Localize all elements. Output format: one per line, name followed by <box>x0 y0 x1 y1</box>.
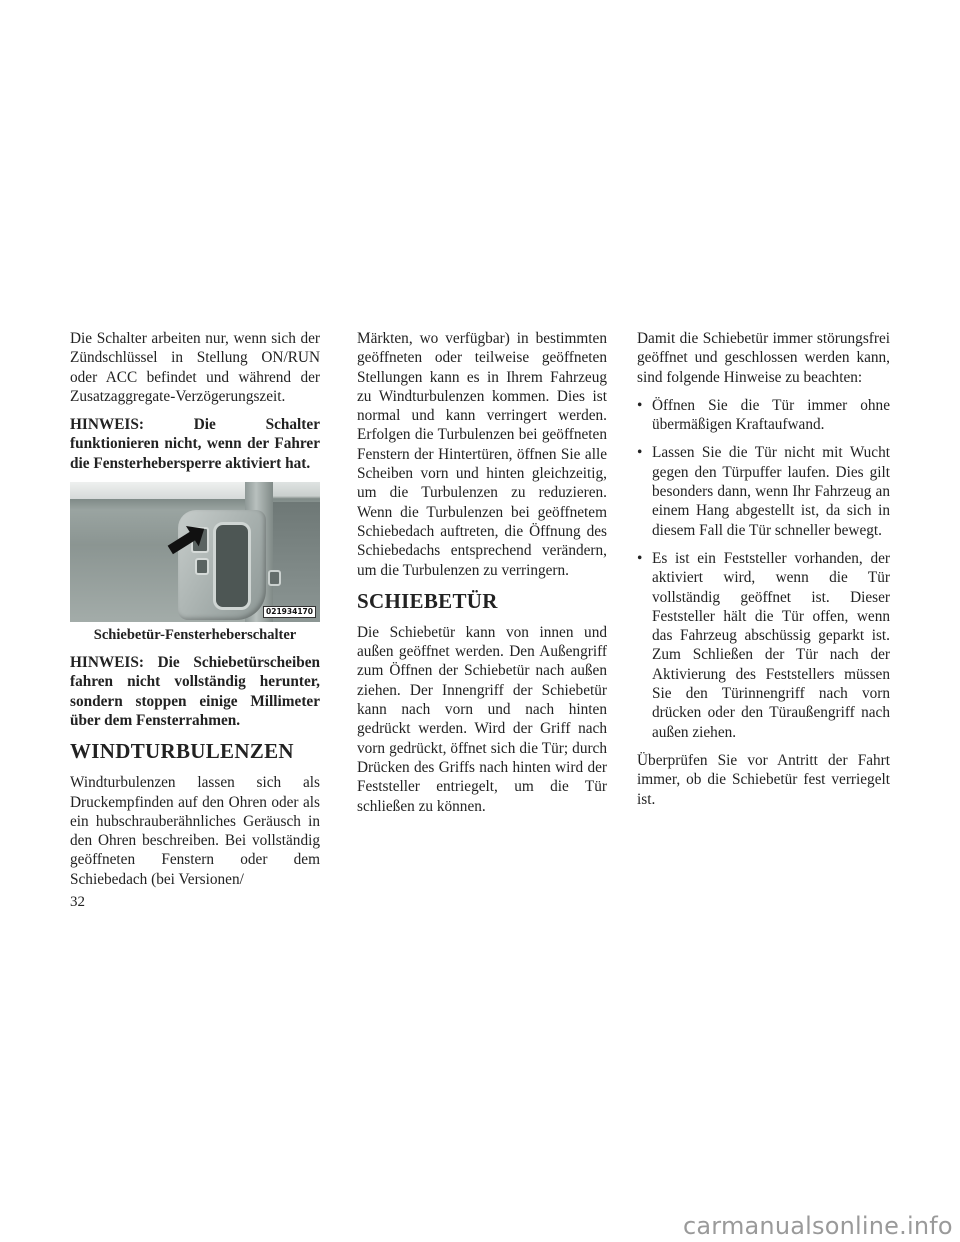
page-number: 32 <box>70 894 85 911</box>
hints-list: • Öffnen Sie die Tür immer ohne übermäßi… <box>637 396 890 742</box>
note-switch-lockout: HINWEIS: Die Schalter funktionieren nich… <box>70 415 320 473</box>
windturbulenzen-paragraph: Windturbulenzen lassen sich als Druckemp… <box>70 773 320 889</box>
list-item: • Lassen Sie die Tür nicht mit Wucht geg… <box>637 443 890 539</box>
door-handle-recess <box>213 522 251 610</box>
heading-windturbulenzen: WINDTURBULENZEN <box>70 739 320 763</box>
lock-switch <box>195 558 209 575</box>
list-item: • Öffnen Sie die Tür immer ohne übermäßi… <box>637 396 890 435</box>
list-item-text: Öffnen Sie die Tür immer ohne übermäßige… <box>652 397 890 433</box>
figure-code: 021934170 <box>263 606 316 618</box>
bullet-icon: • <box>637 549 642 568</box>
column-middle: Märkten, wo verfügbar) in bestimmten geö… <box>357 329 607 825</box>
figure-sliding-door-window-switch: 021934170 Schiebetür-Fensterheberschalte… <box>70 482 320 645</box>
figure-caption: Schiebetür-Fensterheberschalter <box>70 626 320 645</box>
heading-schiebetuer: SCHIEBETÜR <box>357 589 607 613</box>
hints-intro: Damit die Schiebetür immer störungsfrei … <box>637 329 890 387</box>
list-item-text: Es ist ein Feststeller vorhanden, der ak… <box>652 550 890 741</box>
bullet-icon: • <box>637 396 642 415</box>
pillar-button <box>268 570 281 586</box>
note-window-stop: HINWEIS: Die Schiebetürscheiben fahren n… <box>70 653 320 730</box>
closing-paragraph: Überprüfen Sie vor Antritt der Fahrt imm… <box>637 751 890 809</box>
right-panel <box>273 502 320 622</box>
watermark[interactable]: carmanualsonline.info <box>683 1212 953 1240</box>
door-switch-photo: 021934170 <box>70 482 320 622</box>
windturbulenzen-continued: Märkten, wo verfügbar) in bestimmten geö… <box>357 329 607 580</box>
schiebetuer-paragraph: Die Schiebetür kann von innen und außen … <box>357 623 607 816</box>
column-left: Die Schalter arbeiten nur, wenn sich der… <box>70 329 320 889</box>
list-item-text: Lassen Sie die Tür nicht mit Wucht gegen… <box>652 444 890 538</box>
bullet-icon: • <box>637 443 642 462</box>
column-right: Damit die Schiebetür immer störungsfrei … <box>637 329 890 818</box>
list-item: • Es ist ein Feststeller vorhanden, der … <box>637 549 890 742</box>
window-glass <box>70 482 245 499</box>
intro-paragraph: Die Schalter arbeiten nur, wenn sich der… <box>70 329 320 406</box>
